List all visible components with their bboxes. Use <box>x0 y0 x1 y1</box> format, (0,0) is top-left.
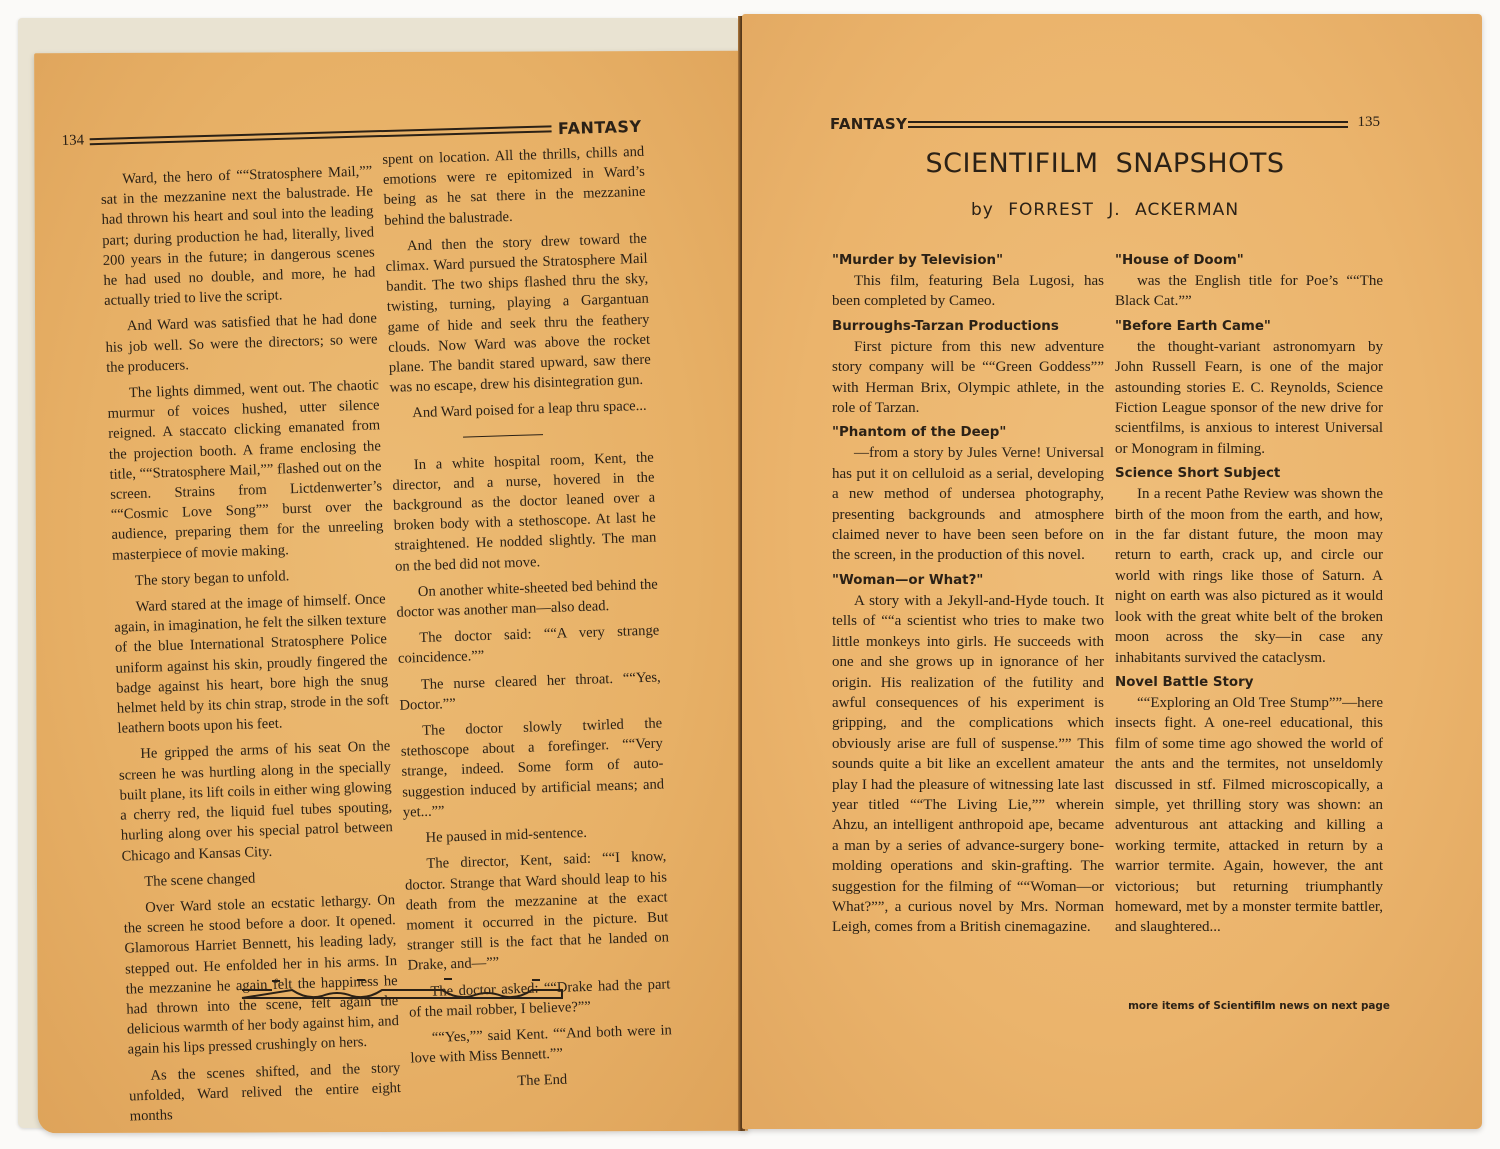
paragraph: Ward stared at the image of himself. Onc… <box>113 589 389 739</box>
magazine-title: FANTASY <box>558 117 642 138</box>
decorative-rule-ornament-icon <box>232 976 572 1006</box>
paragraph: The doctor said: ““A very strange coinci… <box>397 621 660 670</box>
paragraph: And then the story drew toward the clima… <box>385 229 652 399</box>
section-break-rule <box>463 434 543 438</box>
magazine-title: FANTASY <box>830 115 907 133</box>
item-body: the thought-variant astronomyarn by John… <box>1115 337 1383 459</box>
paragraph: The doctor slowly twirled the stethoscop… <box>400 714 665 823</box>
item-heading: "Murder by Television" <box>832 252 1104 270</box>
right-running-header: FANTASY 135 <box>830 114 1380 136</box>
item-body: A story with a Jekyll-and-Hyde touch. It… <box>832 591 1104 938</box>
paragraph: As the scenes shifted, and the story unf… <box>128 1058 402 1127</box>
item-body: In a recent Pathe Review was shown the b… <box>1115 484 1383 668</box>
item-body: This film, featuring Bela Lugosi, has be… <box>832 271 1104 312</box>
right-page-column-2: "House of Doom" was the English title fo… <box>1115 252 1383 944</box>
page-number: 134 <box>61 132 84 150</box>
paragraph: He paused in mid-sentence. <box>403 821 666 849</box>
item-body: —from a story by Jules Verne! Universal … <box>832 443 1104 565</box>
paragraph: And Ward poised for a leap thru space... <box>390 396 653 424</box>
item-heading: "Woman—or What?" <box>832 572 1104 590</box>
continued-note: more items of Scientifilm news on next p… <box>1128 1000 1390 1012</box>
right-page-column-1: "Murder by Television" This film, featur… <box>832 252 1104 944</box>
item-heading: "Phantom of the Deep" <box>832 424 1104 442</box>
paragraph: spent on location. All the thrills, chil… <box>382 142 646 231</box>
page-number: 135 <box>1358 114 1381 131</box>
paragraph: He gripped the arms of his seat On the s… <box>118 737 394 867</box>
story-ending: The End <box>411 1067 674 1095</box>
paragraph: The director, Kent, said: ““I know, doct… <box>404 847 670 976</box>
paragraph: The scene changed <box>122 864 395 893</box>
item-heading: Science Short Subject <box>1115 465 1383 483</box>
paragraph: The story began to unfold. <box>113 563 386 592</box>
item-heading: "Before Earth Came" <box>1115 318 1383 336</box>
paragraph: And Ward was satisfied that he had done … <box>105 309 379 378</box>
item-body: First picture from this new adventure st… <box>832 337 1104 419</box>
item-body: was the English title for Poe’s ““The Bl… <box>1115 271 1383 312</box>
paragraph: Ward, the hero of ““Stratosphere Mail,””… <box>100 161 376 311</box>
item-body: ““Exploring an Old Tree Stump””—here ins… <box>1115 693 1383 938</box>
item-heading: "House of Doom" <box>1115 252 1383 270</box>
paragraph: ““Yes,”” said Kent. ““And both were in l… <box>410 1020 673 1069</box>
item-heading: Burroughs-Tarzan Productions <box>832 318 1104 336</box>
header-rule <box>908 121 1348 128</box>
paragraph: In a white hospital room, Kent, the dire… <box>392 447 658 576</box>
article-title: SCIENTIFILM SNAPSHOTS <box>830 148 1380 179</box>
paragraph: The lights dimmed, went out. The chaotic… <box>107 375 385 565</box>
paragraph: On another white-sheeted bed behind the … <box>396 574 659 623</box>
item-heading: Novel Battle Story <box>1115 674 1383 692</box>
paragraph: The nurse cleared her throat. ““Yes, Doc… <box>399 667 662 716</box>
left-page-column-2: spent on location. All the thrills, chil… <box>382 142 674 1101</box>
article-byline: by FORREST J. ACKERMAN <box>830 200 1380 220</box>
